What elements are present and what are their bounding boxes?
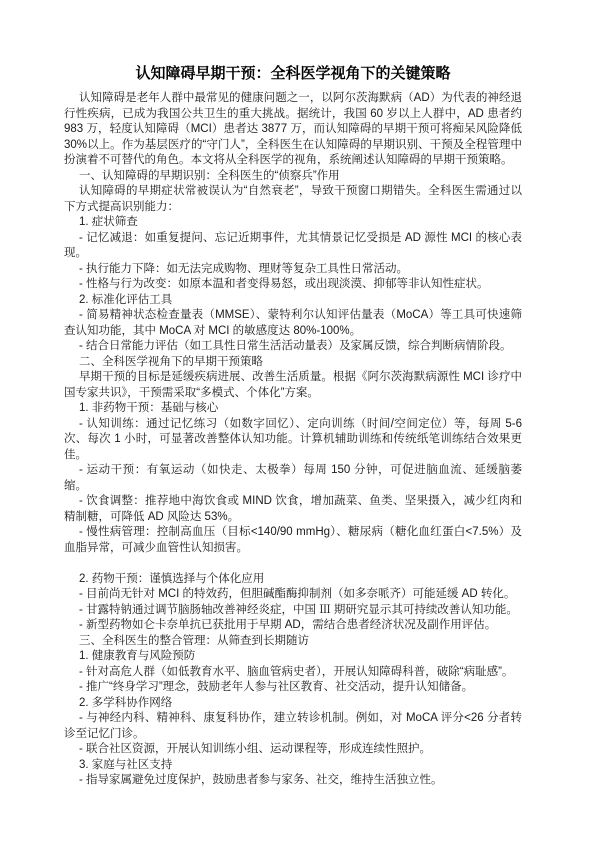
list-item: - 饮食调整：推荐地中海饮食或 MIND 饮食，增加蔬菜、鱼类、坚果摄入，减少红… — [64, 494, 522, 525]
list-item: - 联合社区资源，开展认知训练小组、运动课程等，形成连续性照护。 — [64, 742, 522, 758]
list-heading: 2. 多学科协作网络 — [64, 696, 522, 712]
section-heading: 三、全科医生的整合管理：从筛查到长期随访 — [64, 634, 522, 650]
list-item: - 结合日常能力评估（如工具性日常生活活动量表）及家属反馈，综合判断病情阶段。 — [64, 339, 522, 355]
list-heading: 1. 症状筛查 — [64, 215, 522, 231]
list-item: - 记忆减退：如重复提问、忘记近期事件，尤其情景记忆受损是 AD 源性 MCI … — [64, 231, 522, 262]
list-heading: 1. 健康教育与风险预防 — [64, 649, 522, 665]
list-item: - 运动干预：有氧运动（如快走、太极拳）每周 150 分钟，可促进脑血流、延缓脑… — [64, 463, 522, 494]
list-item: - 新型药物如仑卡奈单抗已获批用于早期 AD，需结合患者经济状况及副作用评估。 — [64, 618, 522, 634]
list-item: - 性格与行为改变：如原本温和者变得易怒，或出现淡漠、抑郁等非认知性症状。 — [64, 277, 522, 293]
blank-line — [64, 556, 522, 572]
list-item: - 与神经内科、精神科、康复科协作，建立转诊机制。例如，对 MoCA 评分<26… — [64, 711, 522, 742]
paragraph: 早期干预的目标是延缓疾病进展、改善生活质量。根据《阿尔茨海默病源性 MCI 诊疗… — [64, 370, 522, 401]
list-item: - 认知训练：通过记忆练习（如数字回忆）、定向训练（时间/空间定位）等，每周 5… — [64, 417, 522, 464]
list-item: - 指导家属避免过度保护，鼓励患者参与家务、社交，维持生活独立性。 — [64, 773, 522, 789]
list-heading: 2. 标准化评估工具 — [64, 293, 522, 309]
list-item: - 甘露特钠通过调节脑肠轴改善神经炎症，中国 Ⅲ 期研究显示其可持续改善认知功能… — [64, 603, 522, 619]
list-item: - 针对高危人群（如低教育水平、脑血管病史者），开展认知障碍科普，破除“病耻感”… — [64, 665, 522, 681]
list-item: - 慢性病管理：控制高血压（目标<140/90 mmHg）、糖尿病（糖化血红蛋白… — [64, 525, 522, 556]
section-heading: 一、认知障碍的早期识别：全科医生的“侦察兵”作用 — [64, 169, 522, 185]
list-heading: 1. 非药物干预：基础与核心 — [64, 401, 522, 417]
paragraph: 认知障碍是老年人群中最常见的健康问题之一，以阿尔茨海默病（AD）为代表的神经退行… — [64, 91, 522, 169]
list-heading: 3. 家庭与社区支持 — [64, 758, 522, 774]
document-title: 认知障碍早期干预：全科医学视角下的关键策略 — [64, 64, 522, 84]
section-heading: 二、全科医学视角下的早期干预策略 — [64, 355, 522, 371]
list-item: - 推广“终身学习”理念，鼓励老年人参与社区教育、社交活动，提升认知储备。 — [64, 680, 522, 696]
list-item: - 简易精神状态检查量表（MMSE）、蒙特利尔认知评估量表（MoCA）等工具可快… — [64, 308, 522, 339]
list-heading: 2. 药物干预：谨慎选择与个体化应用 — [64, 572, 522, 588]
list-item: - 执行能力下降：如无法完成购物、理财等复杂工具性日常活动。 — [64, 262, 522, 278]
list-item: - 目前尚无针对 MCI 的特效药，但胆碱酯酶抑制剂（如多奈哌齐）可能延缓 AD… — [64, 587, 522, 603]
paragraph: 认知障碍的早期症状常被误认为“自然衰老”，导致干预窗口期错失。全科医生需通过以下… — [64, 184, 522, 215]
document-page: 认知障碍早期干预：全科医学视角下的关键策略 认知障碍是老年人群中最常见的健康问题… — [0, 0, 595, 841]
